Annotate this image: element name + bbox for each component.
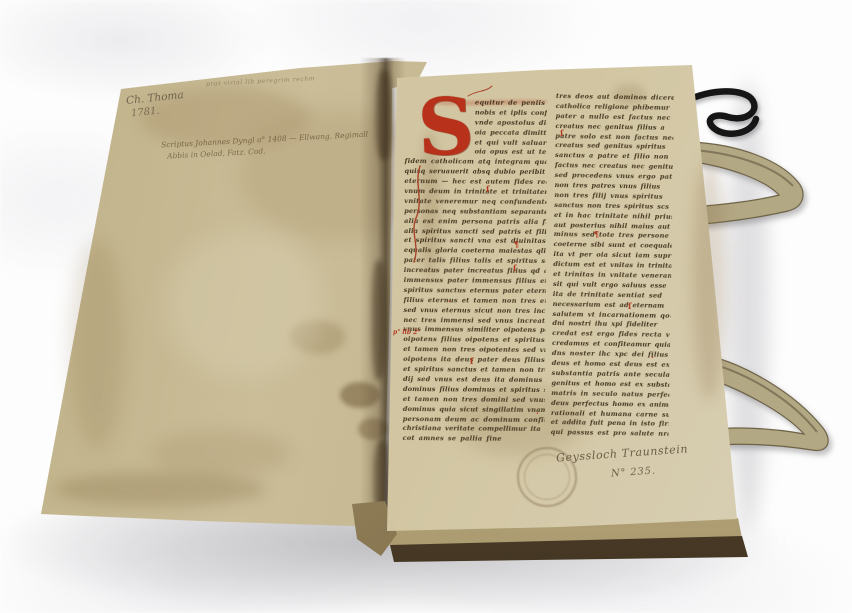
corner-flourish-line	[468, 86, 492, 96]
initial-flourish	[0, 0, 852, 613]
manuscript-photo: Ch. Thoma 1781. prat virial lib peregrim…	[0, 0, 852, 613]
descending-flourish-line	[414, 166, 420, 262]
